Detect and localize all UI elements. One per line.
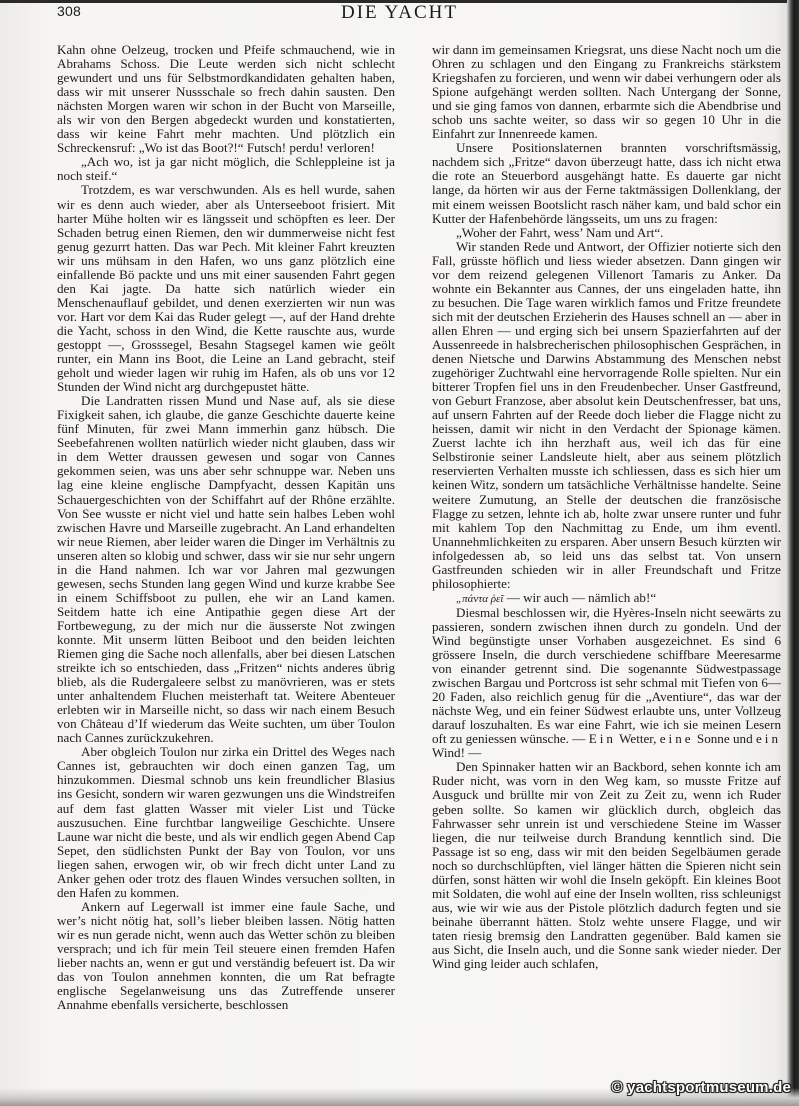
- paragraph: Ankern auf Legerwall ist immer eine faul…: [57, 900, 395, 1012]
- paragraph: Unsere Positionslaternen brannten vorsch…: [432, 141, 781, 225]
- paragraph: Aber obgleich Toulon nur zirka ein Dritt…: [57, 745, 395, 900]
- paragraph: Die Landratten rissen Mund und Nase auf,…: [57, 394, 395, 745]
- paragraph-text: Diesmal beschlossen wir, die Hyères-Inse…: [432, 605, 781, 746]
- running-head-title: DIE YACHT: [0, 2, 799, 24]
- paragraph: Trotzdem, es war verschwunden. Als es he…: [57, 183, 395, 394]
- paragraph: wir dann im gemeinsamen Kriegsrat, uns d…: [432, 43, 781, 141]
- quote-text: — wir auch — nämlich ab!“: [503, 590, 656, 605]
- greek-quote-line: „πάντα ῥεῖ — wir auch — nämlich ab!“: [432, 591, 781, 606]
- emphasis-spaced: ein: [756, 731, 781, 746]
- paragraph: „Ach wo, ist ja gar nicht möglich, die S…: [57, 155, 395, 183]
- greek-phrase: „πάντα ῥεῖ: [456, 593, 503, 605]
- quote-line: „Woher der Fahrt, wess’ Nam und Art“.: [432, 226, 781, 240]
- paragraph: Diesmal beschlossen wir, die Hyères-Inse…: [432, 606, 781, 761]
- paragraph: Wir standen Rede und Antwort, der Offizi…: [432, 240, 781, 591]
- paragraph-text: Wind! —: [432, 745, 481, 760]
- right-column: wir dann im gemeinsamen Kriegsrat, uns d…: [432, 43, 781, 971]
- book-spine-edge: [787, 0, 799, 1106]
- emphasis-spaced: eine: [660, 731, 694, 746]
- paragraph-text: Wetter,: [616, 731, 660, 746]
- scanned-page: 308 DIE YACHT Kahn ohne Oelzeug, trocken…: [0, 0, 799, 1106]
- paragraph: Kahn ohne Oelzeug, trocken und Pfeife sc…: [57, 43, 395, 155]
- copyright-watermark: © yachtsportmuseum.de: [612, 1079, 791, 1096]
- emphasis-spaced: Ein: [589, 731, 616, 746]
- paragraph: Den Spinnaker hatten wir an Backbord, se…: [432, 760, 781, 971]
- paragraph-text: Sonne und: [694, 731, 756, 746]
- left-column: Kahn ohne Oelzeug, trocken und Pfeife sc…: [57, 43, 395, 1012]
